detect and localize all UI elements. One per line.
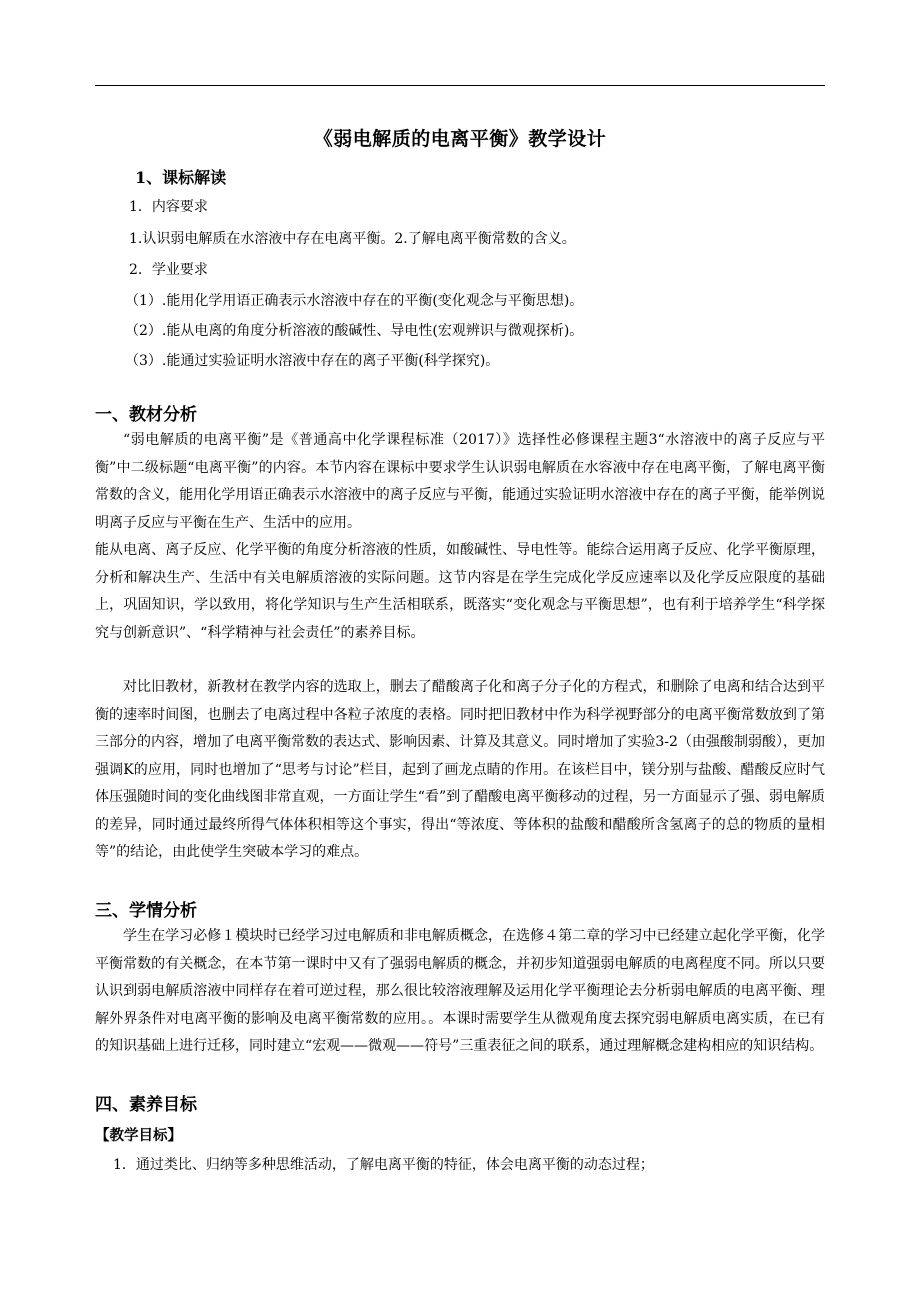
students-paragraph: 学生在学习必修１模块时已经学习过电解质和非电解质概念，在选修４第二章的学习中已经…: [95, 923, 825, 1061]
section-heading-textbook: 一、教材分析: [95, 400, 197, 425]
section-heading-students: 三、学情分析: [95, 896, 197, 921]
textbook-paragraph: 对比旧教材，新教材在教学内容的选取上，删去了醋酸离子化和离子分子化的方程式，和删…: [95, 674, 825, 867]
content-requirement-label: 1．内容要求: [129, 196, 208, 216]
teaching-goals-subheading: 【教学目标】: [95, 1124, 182, 1145]
content-requirement-text: 1.认识弱电解质在水溶液中存在电离平衡。2.了解电离平衡常数的含义。: [129, 228, 576, 248]
textbook-paragraph: 能从电离、离子反应、化学平衡的角度分析溶液的性质，如酸碱性、导电性等。能综合运用…: [95, 537, 825, 647]
teaching-goal-item: 1．通过类比、归纳等多种思维活动，了解电离平衡的特征，体会电离平衡的动态过程；: [113, 1154, 654, 1174]
section-heading-goals: 四、素养目标: [95, 1090, 197, 1115]
academic-requirement-label: 2．学业要求: [129, 259, 208, 279]
textbook-paragraph: “弱电解质的电离平衡”是《普通高中化学课程标准（2017）》选择性必修课程主题3…: [95, 427, 825, 537]
academic-requirement-item: （3）.能通过实验证明水溶液中存在的离子平衡(科学探究)。: [125, 350, 499, 370]
academic-requirement-item: （1）.能用化学用语正确表示水溶液中存在的平衡(变化观念与平衡思想)。: [125, 290, 583, 310]
header-rule: [95, 85, 825, 86]
section-heading-curriculum: 1、课标解读: [135, 165, 226, 188]
academic-requirement-item: （2）.能从电离的角度分析溶液的酸碱性、导电性(宏观辨识与微观探析)。: [125, 320, 583, 340]
document-title: 《弱电解质的电离平衡》教学设计: [95, 124, 825, 151]
